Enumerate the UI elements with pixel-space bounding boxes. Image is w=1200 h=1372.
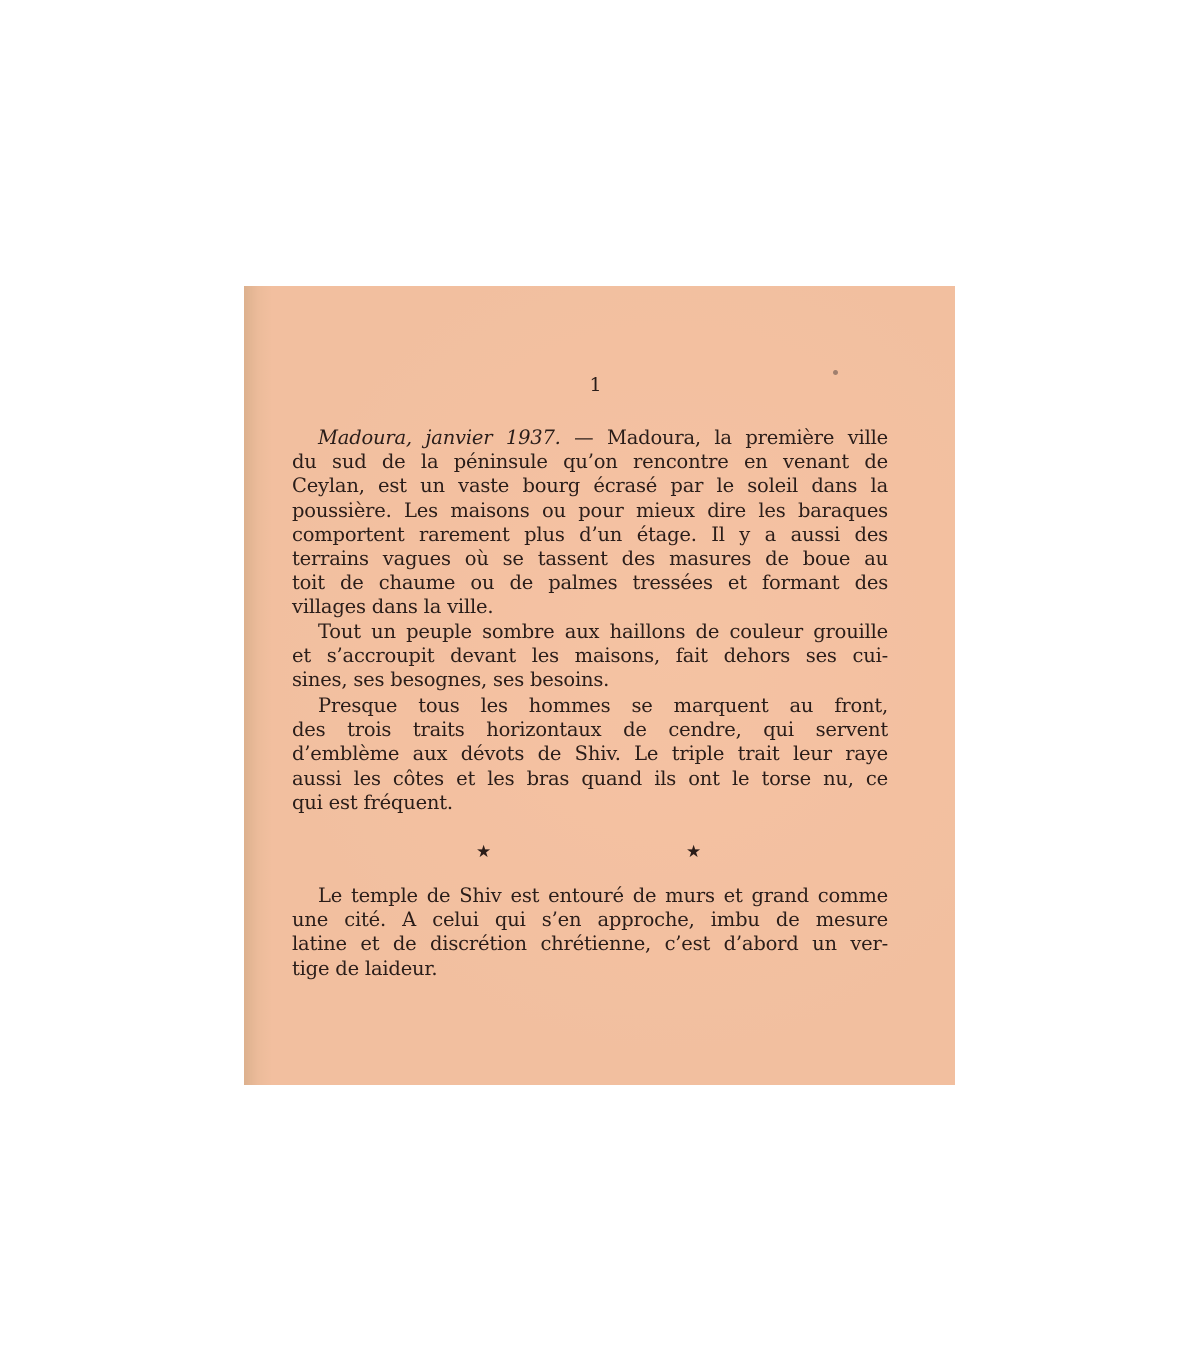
paragraph-4: Le temple de Shiv est entouré de murs et… — [292, 884, 888, 981]
star-icon: ★ — [686, 842, 701, 862]
text-line: poussière. Les maisons ou pour mieux dir… — [292, 499, 888, 523]
book-page: 1 Madoura, janvier 1937. — Madoura, la p… — [244, 286, 955, 1085]
paragraph-3: Presque tous les hommes se marquent au f… — [292, 694, 888, 815]
text-line: des trois traits horizontaux de cendre, … — [292, 718, 888, 742]
text-line: d’emblème aux dévots de Shiv. Le triple … — [292, 742, 888, 766]
text-line: sines, ses besognes, ses besoins. — [292, 668, 888, 692]
text-line: toit de chaume ou de palmes tressées et … — [292, 571, 888, 595]
text-line: Presque tous les hommes se marquent au f… — [292, 694, 888, 718]
text-line: Tout un peuple sombre aux haillons de co… — [292, 620, 888, 644]
dateline: Madoura, janvier 1937. — [318, 426, 561, 449]
text-line: Madoura, janvier 1937. — Madoura, la pre… — [292, 426, 888, 450]
text-line: une cité. A celui qui s’en approche, imb… — [292, 908, 888, 932]
star-icon: ★ — [476, 842, 491, 862]
text-line: tige de laideur. — [292, 957, 888, 981]
text-line: aussi les côtes et les bras quand ils on… — [292, 767, 888, 791]
text-line: qui est fréquent. — [292, 791, 888, 815]
section-break: ★ ★ — [244, 842, 955, 866]
text-line: villages dans la ville. — [292, 595, 888, 619]
text-line: Ceylan, est un vaste bourg écrasé par le… — [292, 474, 888, 498]
text-line: comportent rarement plus d’un étage. Il … — [292, 523, 888, 547]
paragraph-2: Tout un peuple sombre aux haillons de co… — [292, 620, 888, 693]
text-line: terrains vagues où se tassent des masure… — [292, 547, 888, 571]
text-line: et s’accroupit devant les maisons, fait … — [292, 644, 888, 668]
paragraph-1: Madoura, janvier 1937. — Madoura, la pre… — [292, 426, 888, 620]
text-line: Le temple de Shiv est entouré de murs et… — [292, 884, 888, 908]
text-line: du sud de la péninsule qu’on rencontre e… — [292, 450, 888, 474]
chapter-number: 1 — [244, 374, 947, 396]
text-line: latine et de discrétion chrétienne, c’es… — [292, 932, 888, 956]
